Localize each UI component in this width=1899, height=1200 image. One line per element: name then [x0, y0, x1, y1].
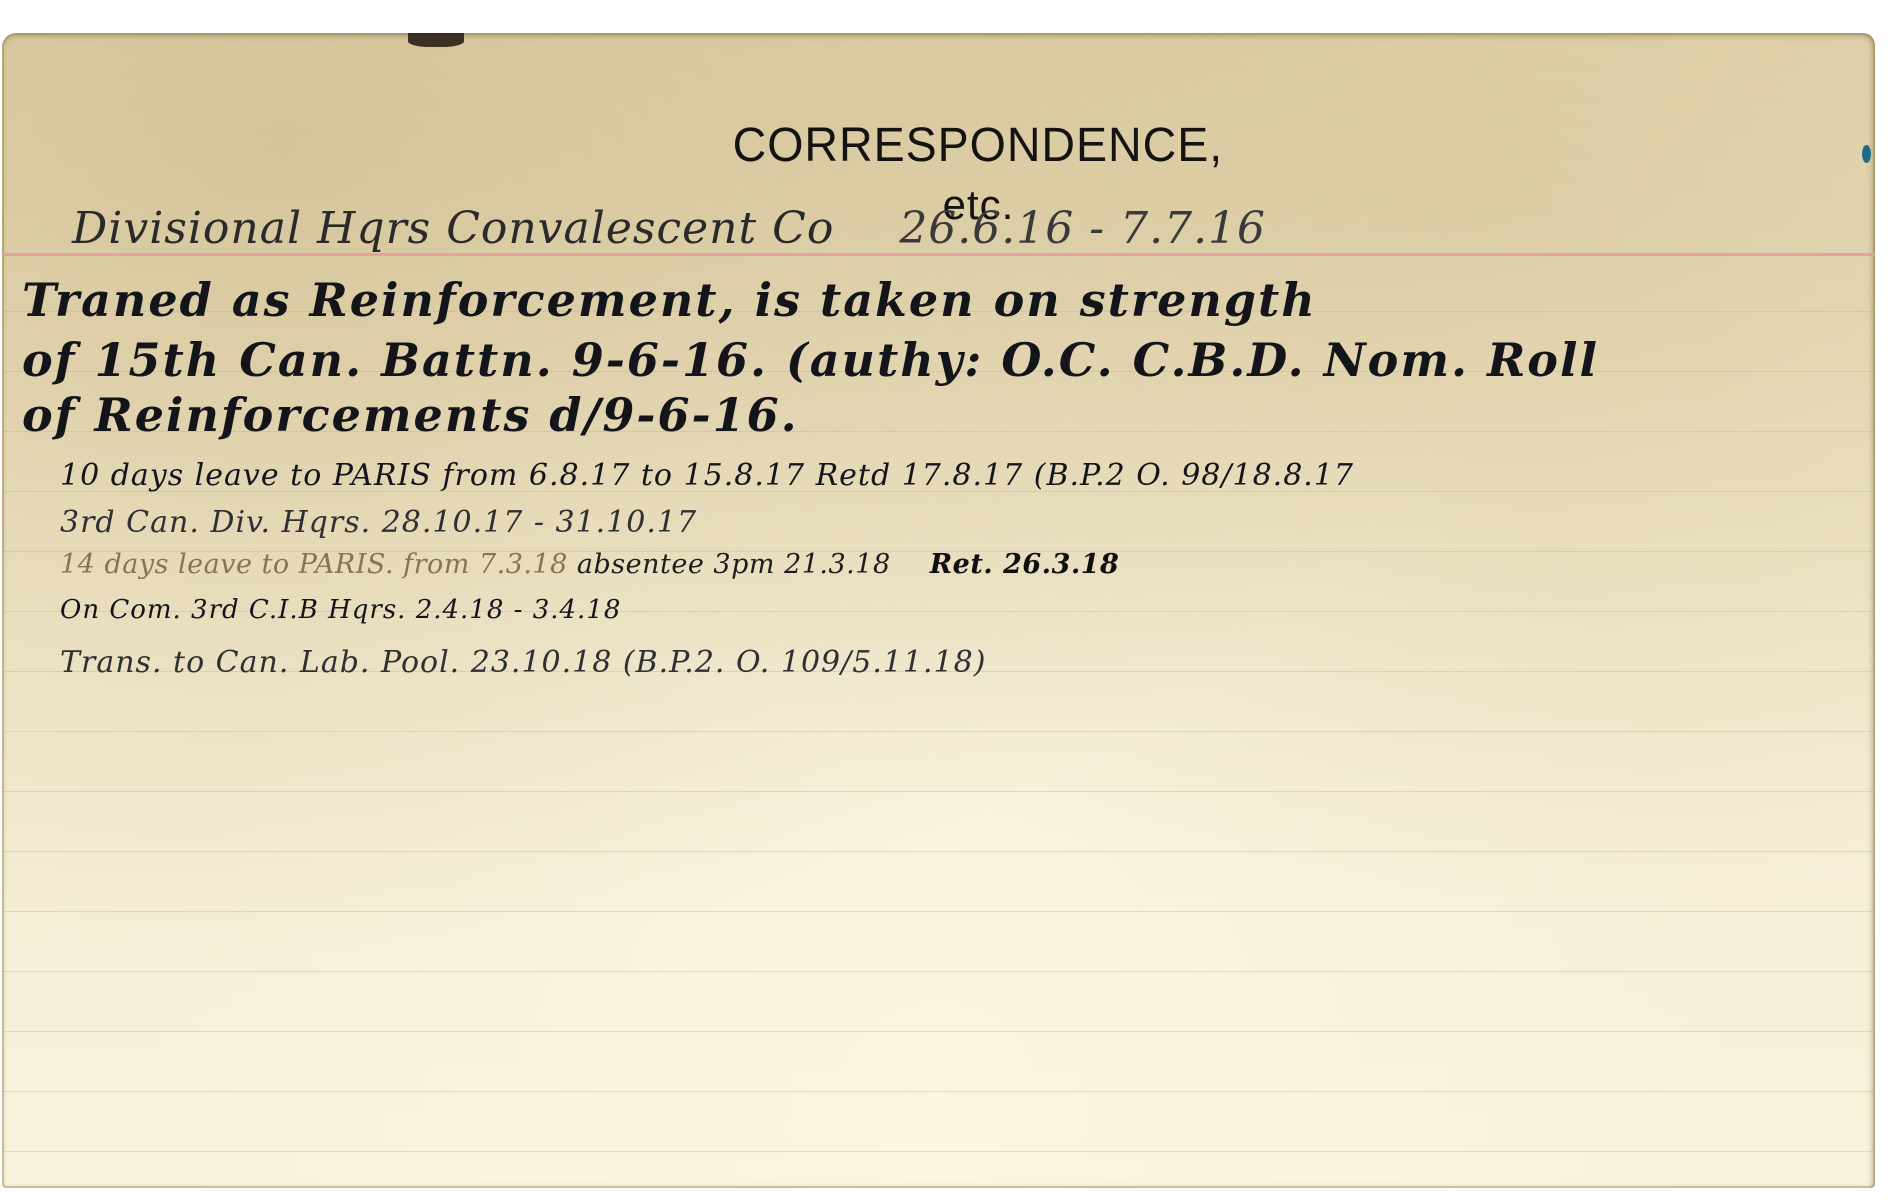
entry-dates: 26.6.16 - 7.7.16 [899, 203, 1266, 254]
ruled-line [2, 851, 1875, 852]
entry-reinforcement-line-1: Traned as Reinforcement, is taken on str… [22, 273, 1317, 327]
ruled-line [2, 1031, 1875, 1032]
ink-stain [408, 33, 464, 47]
entry-reinforcement-line-2: of 15th Can. Battn. 9-6-16. (authy: O.C.… [22, 333, 1599, 387]
card-title: CORRESPONDENCE, [31, 118, 1875, 173]
entry-reinforcement-line-3: of Reinforcements d/9-6-16. [22, 388, 799, 442]
ruled-line [2, 791, 1875, 792]
entry-text-b: absentee 3pm 21.3.18 [577, 549, 891, 580]
ruled-line [2, 1091, 1875, 1092]
ruled-line [2, 911, 1875, 912]
ruled-line [2, 731, 1875, 732]
entry-text-c: Ret. 26.3.18 [930, 549, 1120, 580]
ruled-line [2, 971, 1875, 972]
entry-3rd-can-div-hqrs: 3rd Can. Div. Hqrs. 28.10.17 - 31.10.17 [60, 505, 697, 540]
entry-leave-paris-1918: 14 days leave to PARIS. from 7.3.18 abse… [60, 549, 1119, 580]
blue-ink-spot [1862, 145, 1871, 163]
entry-on-command: On Com. 3rd C.I.B Hqrs. 2.4.18 - 3.4.18 [60, 595, 621, 625]
entry-text: Divisional Hqrs Convalescent Co [72, 203, 834, 254]
record-card: CORRESPONDENCE, etc. Divisional Hqrs Con… [2, 33, 1875, 1188]
entry-divisional-hqrs: Divisional Hqrs Convalescent Co 26.6.16 … [72, 203, 1266, 254]
entry-text-a: 14 days leave to PARIS. from 7.3.18 [60, 549, 568, 580]
entry-leave-paris-1917: 10 days leave to PARIS from 6.8.17 to 15… [60, 458, 1354, 493]
ruled-line [2, 1151, 1875, 1152]
entry-transfer-labour-pool: Trans. to Can. Lab. Pool. 23.10.18 (B.P.… [60, 645, 986, 680]
